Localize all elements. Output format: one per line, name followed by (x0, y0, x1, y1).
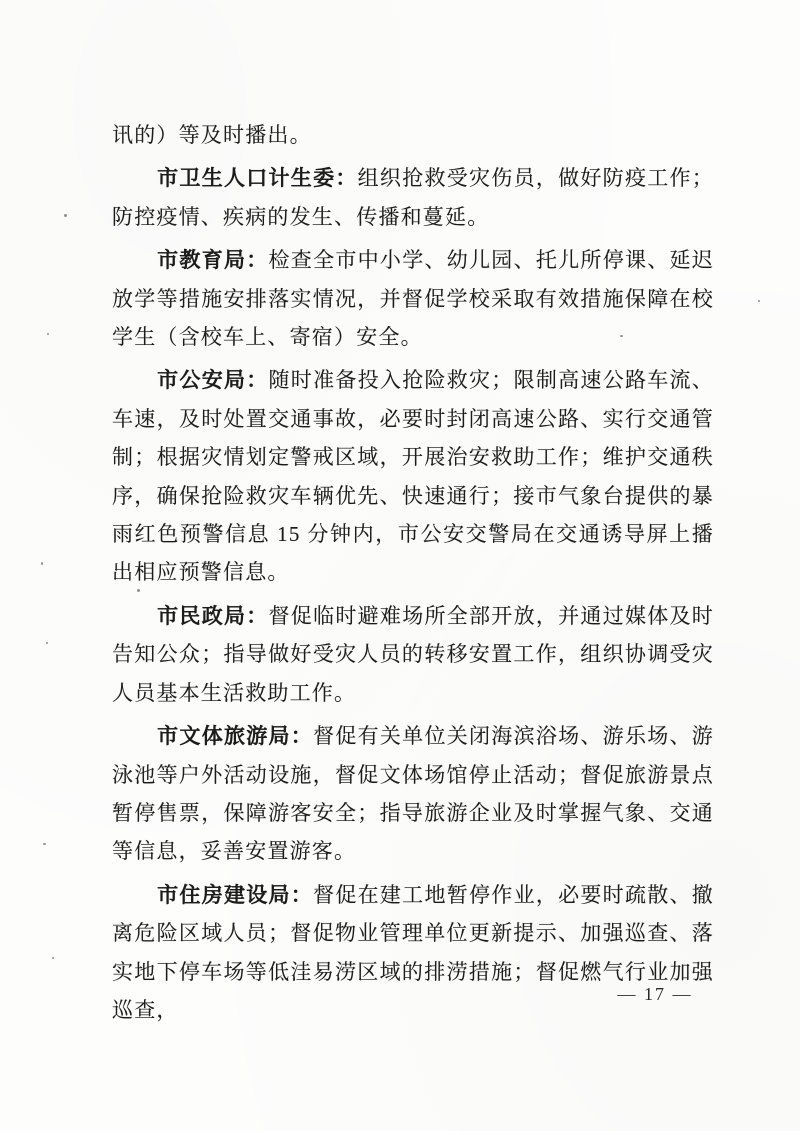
scan-speck (46, 642, 48, 644)
department-name: 市卫生人口计生委： (157, 166, 358, 190)
scan-speck (52, 957, 54, 959)
scanned-document-page: 讯的）等及时播出。 市卫生人口计生委：组织抢救受灾伤员，做好防疫工作；防控疫情、… (0, 0, 800, 1131)
scan-speck (758, 300, 760, 302)
scan-speck (566, 254, 568, 256)
department-name: 市教育局： (157, 248, 268, 272)
paragraph-culture-tourism-bureau: 市文体旅游局：督促有关单位关闭海滨浴场、游乐场、游泳池等户外活动设施，督促文体场… (112, 717, 714, 871)
paragraph-health-commission: 市卫生人口计生委：组织抢救受灾伤员，做好防疫工作；防控疫情、疾病的发生、传播和蔓… (112, 159, 714, 236)
scan-speck (620, 335, 623, 337)
department-name: 市文体旅游局： (157, 724, 313, 748)
page-number: — 17 — (590, 984, 720, 1005)
paragraph-civil-affairs-bureau: 市民政局：督促临时避难场所全部开放，并通过媒体及时告知公众；指导做好受灾人员的转… (112, 597, 714, 712)
scan-speck (137, 589, 140, 592)
scan-speck (41, 562, 43, 565)
scan-speck (64, 214, 67, 217)
department-name: 市民政局： (157, 604, 268, 628)
scan-speck (47, 333, 49, 335)
continuation-line: 讯的）等及时播出。 (112, 116, 714, 154)
paragraph-body: 随时准备投入抢险救灾；限制高速公路车流、车速，及时处置交通事故，必要时封闭高速公… (112, 368, 714, 584)
paragraph-education-bureau: 市教育局：检查全市中小学、幼儿园、托儿所停课、延迟放学等措施安排落实情况，并督促… (112, 241, 714, 356)
department-name: 市住房建设局： (157, 883, 313, 907)
department-name: 市公安局： (157, 368, 268, 392)
paragraph-public-security-bureau: 市公安局：随时准备投入抢险救灾；限制高速公路车流、车速，及时处置交通事故，必要时… (112, 361, 714, 591)
paragraph-housing-construction-bureau: 市住房建设局：督促在建工地暂停作业，必要时疏散、撤离危险区域人员；督促物业管理单… (112, 876, 714, 1030)
scan-speck (43, 843, 46, 845)
document-text-block: 讯的）等及时播出。 市卫生人口计生委：组织抢救受灾伤员，做好防疫工作；防控疫情、… (112, 116, 714, 1034)
